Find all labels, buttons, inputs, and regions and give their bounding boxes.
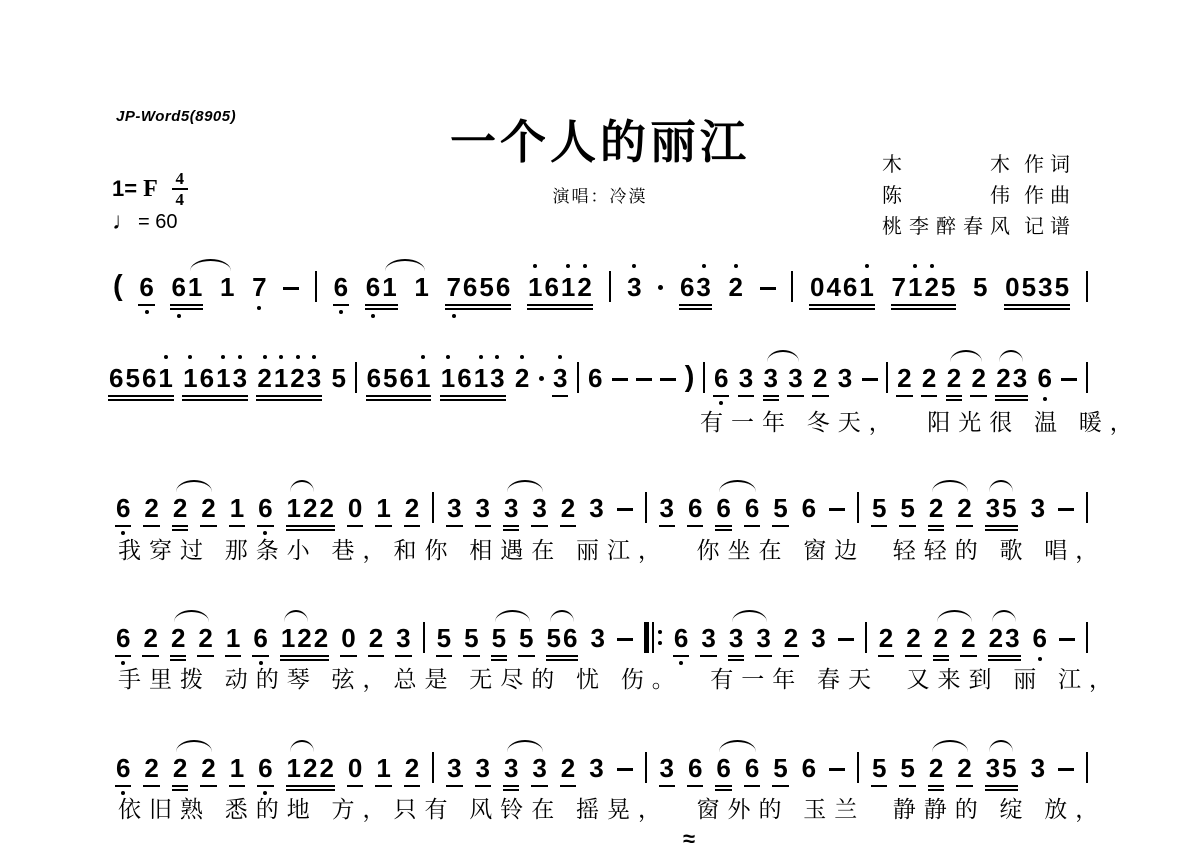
octave-dot-low — [339, 310, 343, 314]
note: 0 — [347, 493, 363, 523]
note: 1 — [381, 272, 397, 302]
note: 6 — [366, 363, 382, 393]
note: 6 — [462, 272, 478, 302]
note: 2 — [960, 623, 976, 653]
beam-underline — [1004, 308, 1070, 310]
octave-dot-high — [734, 264, 738, 268]
credit-role: 作词 — [1024, 148, 1076, 177]
beam-underline — [440, 399, 506, 401]
note: 6 — [199, 363, 215, 393]
note: 2 — [289, 363, 305, 393]
note: 1 — [527, 272, 543, 302]
note: 1 — [157, 363, 173, 393]
beam-underline — [475, 525, 491, 527]
note: 2 — [995, 363, 1011, 393]
slur-arc — [495, 610, 530, 622]
beam-underline — [985, 529, 1018, 531]
beam-underline — [891, 304, 957, 306]
note: 3 — [552, 363, 568, 393]
beam-underline — [225, 655, 241, 657]
beam-underline — [365, 308, 398, 310]
beam-underline — [1004, 304, 1070, 306]
barline — [703, 362, 705, 393]
beam-group: 2123 — [256, 363, 322, 393]
note: 3 — [232, 363, 248, 393]
note: 4 — [825, 272, 841, 302]
slur-arc — [932, 480, 968, 492]
note: 2 — [172, 753, 188, 783]
barline — [886, 362, 888, 393]
octave-dot-high — [421, 355, 425, 359]
barline — [857, 492, 859, 523]
beam-underline — [946, 399, 962, 401]
octave-dot-low — [177, 314, 181, 318]
octave-dot-high — [913, 264, 917, 268]
beam-underline — [108, 399, 174, 401]
note: 3 — [763, 363, 779, 393]
beam-underline — [436, 655, 452, 657]
beam-underline — [679, 304, 712, 306]
note: 6 — [399, 363, 415, 393]
beam-underline — [995, 395, 1028, 397]
note: 1 — [280, 623, 296, 653]
note: 3 — [985, 493, 1001, 523]
note: 0 — [1004, 272, 1020, 302]
beam-underline — [527, 308, 593, 310]
octave-dot-high — [296, 355, 300, 359]
duration-dash — [838, 638, 854, 641]
note: 5 — [1021, 272, 1037, 302]
octave-dot-high — [702, 264, 706, 268]
beam-underline — [142, 655, 158, 657]
beam-underline — [763, 399, 779, 401]
parenthesis: ( — [113, 271, 123, 302]
note: 3 — [503, 753, 519, 783]
music-line-5: 6222161220123333233666565522353 — [115, 733, 1088, 793]
note: 6 — [744, 493, 760, 523]
duration-dash — [1058, 768, 1074, 771]
note: 2 — [368, 623, 384, 653]
note: 5 — [436, 623, 452, 653]
note: 3 — [810, 623, 826, 653]
beam-underline — [891, 308, 957, 310]
barline — [1086, 622, 1088, 653]
beam-underline — [108, 395, 174, 397]
octave-dot-high — [495, 355, 499, 359]
note: 2 — [783, 623, 799, 653]
note: 1 — [440, 363, 456, 393]
beam-underline — [921, 395, 937, 397]
octave-dot-high — [188, 355, 192, 359]
key-signature: 1= F 4 4 — [112, 170, 188, 208]
note: 2 — [143, 493, 159, 523]
music-line-4: 62221612202355555636333232222236 — [115, 603, 1088, 663]
beam-underline — [783, 655, 799, 657]
duration-dash — [612, 378, 628, 381]
note: 1 — [858, 272, 874, 302]
beam-underline — [115, 525, 131, 527]
note: 6 — [715, 493, 731, 523]
note: 3 — [531, 493, 547, 523]
note: 1 — [229, 753, 245, 783]
beam-underline — [995, 399, 1028, 401]
note: 6 — [495, 272, 511, 302]
note: 2 — [928, 493, 944, 523]
augmentation-dot — [539, 376, 544, 381]
note: 5 — [382, 363, 398, 393]
note: 6 — [801, 493, 817, 523]
beam-underline — [404, 785, 420, 787]
music-line-3: 6222161220123333233666565522353 — [115, 473, 1088, 533]
note: 1 — [375, 753, 391, 783]
beam-underline — [715, 785, 731, 787]
note: 5 — [1001, 753, 1017, 783]
note: 6 — [713, 363, 729, 393]
note: 1 — [273, 363, 289, 393]
beam-underline — [170, 304, 203, 306]
note: 5 — [1001, 493, 1017, 523]
note: 3 — [306, 363, 322, 393]
beam-group: 23 — [988, 623, 1021, 653]
note: 6 — [170, 272, 186, 302]
beam-underline — [659, 525, 675, 527]
barline — [432, 492, 434, 523]
note: 6 — [587, 363, 603, 393]
slur-arc — [507, 480, 543, 492]
note: 2 — [728, 272, 744, 302]
note: 6 — [543, 272, 559, 302]
slur-arc — [284, 610, 308, 622]
octave-dot-high — [533, 264, 537, 268]
beam-underline — [738, 395, 754, 397]
page-turn-mark: ≈ — [683, 826, 695, 850]
duration-dash — [617, 638, 633, 641]
note: 3 — [738, 363, 754, 393]
beam-underline — [809, 304, 875, 306]
note: 3 — [503, 493, 519, 523]
note: 2 — [142, 623, 158, 653]
beam-underline — [552, 395, 568, 397]
slur-arc — [732, 610, 767, 622]
beam-underline — [503, 525, 519, 527]
barline — [315, 271, 317, 302]
note: 3 — [589, 623, 605, 653]
octave-dot-low — [1043, 397, 1047, 401]
octave-dot-high — [164, 355, 168, 359]
beam-underline — [928, 529, 944, 531]
barline — [1086, 752, 1088, 783]
octave-dot-low — [257, 306, 261, 310]
beam-underline — [182, 399, 248, 401]
beam-underline — [985, 525, 1018, 527]
credit-row: 陈伟作曲 — [882, 179, 1076, 210]
beam-underline — [985, 785, 1018, 787]
beam-underline — [368, 655, 384, 657]
beam-group: 0535 — [1004, 272, 1070, 302]
barline — [645, 752, 647, 783]
note: 6 — [141, 363, 157, 393]
beam-underline — [988, 655, 1021, 657]
barline — [577, 362, 579, 393]
lyrics-line-2: 有一年 冬天， 阳光很 温 暖， — [700, 404, 1141, 437]
beam-group: 61 — [365, 272, 398, 302]
note: 6 — [333, 272, 349, 302]
beam-underline — [713, 395, 729, 397]
beam-underline — [687, 525, 703, 527]
note: 2 — [970, 363, 986, 393]
barline — [355, 362, 357, 393]
beam-group: 56 — [546, 623, 579, 653]
beam-underline — [446, 525, 462, 527]
beam-underline — [899, 785, 915, 787]
note: 5 — [1054, 272, 1070, 302]
note: 2 — [921, 363, 937, 393]
beam-underline — [115, 655, 131, 657]
note: 6 — [687, 493, 703, 523]
slur-arc — [950, 350, 982, 362]
slur-arc — [989, 480, 1013, 492]
beam-underline — [772, 785, 788, 787]
beam-underline — [256, 395, 322, 397]
octave-dot-high — [221, 355, 225, 359]
beam-underline — [956, 525, 972, 527]
slur-arc — [719, 480, 756, 492]
beam-underline — [772, 525, 788, 527]
beam-underline — [960, 655, 976, 657]
beam-underline — [463, 655, 479, 657]
credit-name: 陈伟 — [882, 179, 1010, 208]
credit-role: 记谱 — [1024, 210, 1076, 239]
duration-dash — [660, 378, 676, 381]
sheet-page: JP-Word5(8905) 一个人的丽江 演唱：冷漠 木木作词陈伟作曲桃李醉春… — [0, 0, 1200, 850]
note: 5 — [972, 272, 988, 302]
note: 1 — [219, 272, 235, 302]
beam-underline — [182, 395, 248, 397]
note: 6 — [456, 363, 472, 393]
note: 5 — [546, 623, 562, 653]
note: 3 — [588, 493, 604, 523]
credit-row: 桃李醉春风记谱 — [882, 210, 1076, 241]
beam-underline — [395, 655, 411, 657]
note: 6 — [108, 363, 124, 393]
note: 1 — [415, 363, 431, 393]
note: 1 — [286, 493, 302, 523]
note: 1 — [473, 363, 489, 393]
beam-underline — [928, 785, 944, 787]
note: 5 — [871, 493, 887, 523]
note: 3 — [1030, 493, 1046, 523]
slur-arc — [176, 740, 212, 752]
note: 1 — [215, 363, 231, 393]
beam-underline — [700, 655, 716, 657]
music-line-1: (6611766117656161236320461712550535 — [113, 252, 1088, 312]
repeat-barline — [644, 622, 662, 653]
note: 2 — [200, 753, 216, 783]
note: 3 — [659, 753, 675, 783]
beam-underline — [280, 655, 329, 657]
note: 2 — [404, 493, 420, 523]
octave-dot-high — [446, 355, 450, 359]
note: 3 — [588, 753, 604, 783]
beam-underline — [946, 395, 962, 397]
beam-group: 0461 — [809, 272, 875, 302]
beam-underline — [531, 785, 547, 787]
beam-underline — [491, 655, 507, 657]
slur-arc — [989, 740, 1013, 752]
slur-arc — [385, 259, 425, 271]
beam-group: 1613 — [182, 363, 248, 393]
parenthesis: ) — [685, 362, 695, 393]
note: 2 — [988, 623, 1004, 653]
octave-dot-high — [566, 264, 570, 268]
slur-arc — [176, 480, 212, 492]
note: 1 — [225, 623, 241, 653]
note: 1 — [187, 272, 203, 302]
barline — [1086, 362, 1088, 393]
note: 1 — [907, 272, 923, 302]
note: 5 — [899, 753, 915, 783]
beam-underline — [560, 525, 576, 527]
note: 5 — [478, 272, 494, 302]
note: 6 — [115, 623, 131, 653]
beam-underline — [475, 785, 491, 787]
octave-dot-high — [865, 264, 869, 268]
beam-underline — [812, 395, 828, 397]
note: 2 — [923, 272, 939, 302]
beam-underline — [404, 525, 420, 527]
octave-dot-high — [558, 355, 562, 359]
slur-arc — [719, 740, 756, 752]
note: 2 — [143, 753, 159, 783]
beam-underline — [956, 785, 972, 787]
barline — [791, 271, 793, 302]
beam-group: 1612 — [527, 272, 593, 302]
slur-arc — [507, 740, 543, 752]
credit-role: 作曲 — [1024, 179, 1076, 208]
barline — [865, 622, 867, 653]
beam-underline — [728, 655, 744, 657]
slur-arc — [999, 350, 1023, 362]
note: 5 — [491, 623, 507, 653]
note: 1 — [229, 493, 245, 523]
tempo-marking: ♩ = 60 — [112, 208, 177, 236]
note: 3 — [1030, 753, 1046, 783]
beam-underline — [970, 395, 986, 397]
beam-underline — [445, 304, 511, 306]
note: 0 — [340, 623, 356, 653]
note: 3 — [626, 272, 642, 302]
beam-group: 1613 — [440, 363, 506, 393]
note: 3 — [837, 363, 853, 393]
lyrics-line-4: 手里拨 动的琴 弦，总是 无尽的 忧 伤。 有一年 春天 又来到 丽 江， — [118, 661, 1120, 694]
slur-arc — [932, 740, 968, 752]
beam-underline — [744, 525, 760, 527]
beam-underline — [503, 529, 519, 531]
beam-underline — [333, 304, 349, 306]
note: 5 — [331, 363, 347, 393]
beam-underline — [531, 525, 547, 527]
beam-underline — [928, 525, 944, 527]
note: 2 — [313, 623, 329, 653]
octave-dot-high — [930, 264, 934, 268]
note: 2 — [905, 623, 921, 653]
music-line-2: 656116132123565611613236)6333232222236 — [108, 343, 1088, 403]
beam-underline — [871, 525, 887, 527]
lyrics-line-5: 依旧熟 悉的地 方，只有 风铃在 摇晃， 窗外的 玉兰 静静的 绽 放， — [118, 791, 1106, 824]
beam-underline — [252, 655, 268, 657]
slur-arc — [937, 610, 972, 622]
octave-dot-high — [263, 355, 267, 359]
time-numerator: 4 — [176, 170, 185, 187]
note: 6 — [138, 272, 154, 302]
note: 3 — [659, 493, 675, 523]
beam-underline — [200, 525, 216, 527]
beam-underline — [905, 655, 921, 657]
beam-group: 63 — [679, 272, 712, 302]
time-denominator: 4 — [176, 191, 185, 208]
note: 3 — [985, 753, 1001, 783]
barline — [1086, 271, 1088, 302]
note: 5 — [518, 623, 534, 653]
note: 5 — [899, 493, 915, 523]
slur-arc — [190, 259, 231, 271]
note: 6 — [842, 272, 858, 302]
beam-underline — [687, 785, 703, 787]
note: 0 — [809, 272, 825, 302]
beam-underline — [286, 525, 335, 527]
note: 6 — [257, 493, 273, 523]
beam-underline — [229, 525, 245, 527]
beam-underline — [200, 785, 216, 787]
note: 6 — [687, 753, 703, 783]
note: 3 — [728, 623, 744, 653]
slur-arc — [767, 350, 799, 362]
note: 1 — [286, 753, 302, 783]
beam-underline — [340, 655, 356, 657]
beam-underline — [503, 785, 519, 787]
note: 1 — [560, 272, 576, 302]
note: 2 — [928, 753, 944, 783]
note: 6 — [801, 753, 817, 783]
note: 6 — [715, 753, 731, 783]
note: 6 — [673, 623, 689, 653]
beam-underline — [172, 529, 188, 531]
duration-dash — [636, 378, 652, 381]
note: 2 — [318, 493, 334, 523]
note: 3 — [489, 363, 505, 393]
note: 6 — [679, 272, 695, 302]
octave-dot-high — [238, 355, 242, 359]
note: 3 — [700, 623, 716, 653]
beam-group: 122 — [286, 753, 335, 783]
note: 7 — [891, 272, 907, 302]
note: 3 — [1037, 272, 1053, 302]
note: 2 — [197, 623, 213, 653]
beam-group: 6561 — [366, 363, 432, 393]
beam-underline — [518, 655, 534, 657]
note: 2 — [256, 363, 272, 393]
note: 6 — [562, 623, 578, 653]
beam-underline — [256, 399, 322, 401]
beam-underline — [143, 525, 159, 527]
note: 5 — [463, 623, 479, 653]
barline — [857, 752, 859, 783]
note: 5 — [772, 493, 788, 523]
note: 3 — [446, 493, 462, 523]
note: 7 — [251, 272, 267, 302]
beam-underline — [440, 395, 506, 397]
duration-dash — [829, 768, 845, 771]
